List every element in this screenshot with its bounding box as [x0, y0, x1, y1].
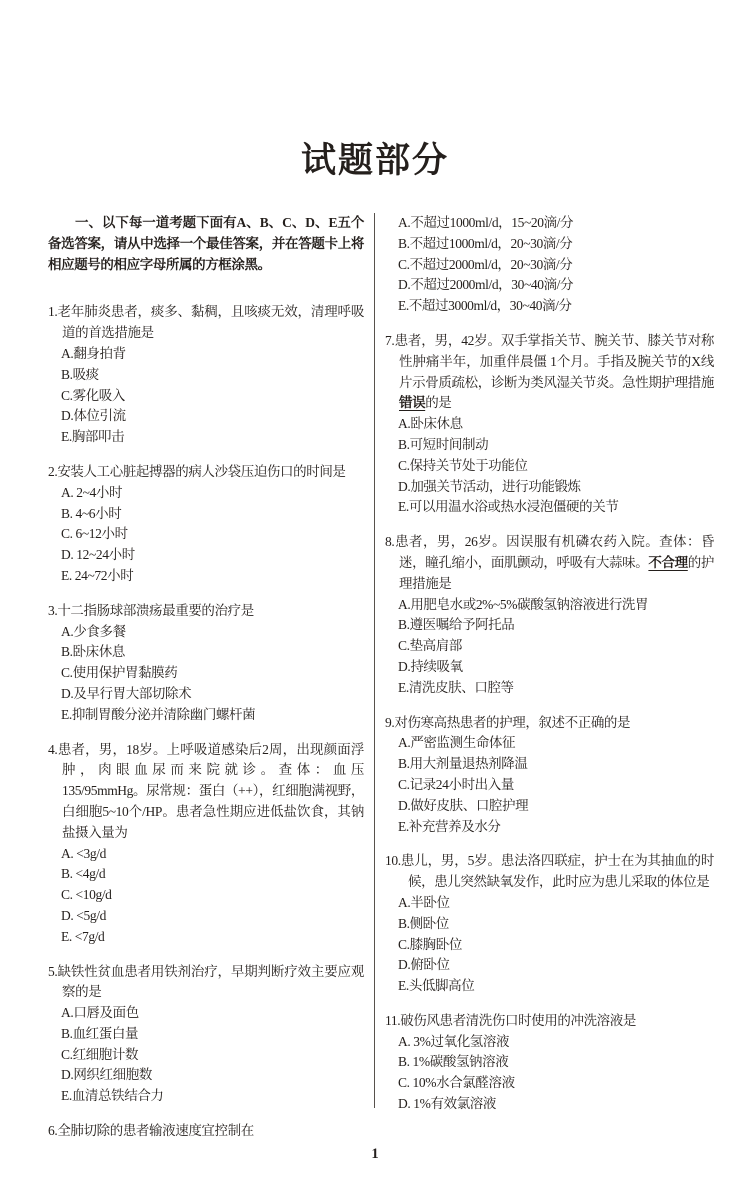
answer-option: E.清洗皮肤、口腔等 — [385, 678, 714, 699]
answer-option: E. 24~72小时 — [48, 566, 364, 587]
question-number: 1. — [48, 304, 57, 319]
question-stem: 9.对伤寒高热患者的护理，叙述不正确的是 — [385, 713, 714, 734]
answer-option: A. 2~4小时 — [48, 483, 364, 504]
answer-option: D. 12~24小时 — [48, 545, 364, 566]
answer-option: C.膝胸卧位 — [385, 935, 714, 956]
answer-option: B. 4~6小时 — [48, 504, 364, 525]
question-number: 10. — [385, 853, 401, 868]
answer-option: E.抑制胃酸分泌并清除幽门螺杆菌 — [48, 705, 364, 726]
answer-option: E.胸部叩击 — [48, 427, 364, 448]
question-3: 3.十二指肠球部溃疡最重要的治疗是A.少食多餐B.卧床休息C.使用保护胃黏膜药D… — [48, 601, 364, 726]
answer-option: A.翻身拍背 — [48, 344, 364, 365]
answer-option: D. <5g/d — [48, 906, 364, 927]
answer-option: C.垫高肩部 — [385, 636, 714, 657]
answer-option: B.遵医嘱给予阿托品 — [385, 615, 714, 636]
column-divider-rule — [374, 213, 375, 1108]
question-11: 11.破伤风患者清洗伤口时使用的冲洗溶液是A. 3%过氧化氢溶液B. 1%碳酸氢… — [385, 1011, 714, 1115]
answer-option: E.头低脚高位 — [385, 976, 714, 997]
stem-text: 对伤寒高热患者的护理，叙述不正确的是 — [394, 715, 630, 730]
question-stem: 10.患儿，男，5岁。患法洛四联症，护士在为其抽血的时候，患儿突然缺氧发作，此时… — [385, 851, 714, 893]
answer-option: C.红细胞计数 — [48, 1045, 364, 1066]
answer-option: B. <4g/d — [48, 864, 364, 885]
emphasized-stem-text: 不合理 — [648, 555, 687, 570]
answer-option: B. 1%碳酸氢钠溶液 — [385, 1052, 714, 1073]
stem-text: 破伤风患者清洗伤口时使用的冲洗溶液是 — [400, 1013, 636, 1028]
answer-option: C.雾化吸入 — [48, 386, 364, 407]
answer-option: A.严密监测生命体征 — [385, 733, 714, 754]
answer-option: B.卧床休息 — [48, 642, 364, 663]
answer-option: B.可短时间制动 — [385, 435, 714, 456]
emphasized-stem-text: 错误 — [399, 395, 425, 410]
question-stem: 4.患者，男，18岁。上呼吸道感染后2周，出现颜面浮肿，肉眼血尿而来院就诊。查体… — [48, 740, 364, 844]
question-number: 6. — [48, 1123, 57, 1138]
answer-option: A.不超过1000ml/d，15~20滴/分 — [385, 213, 714, 234]
question-stem: 1.老年肺炎患者，痰多、黏稠，且咳痰无效，清理呼吸道的首选措施是 — [48, 302, 364, 344]
question-stem: 8.患者，男，26岁。因误服有机磷农药入院。查体：昏迷，瞳孔缩小，面肌颤动，呼吸… — [385, 532, 714, 594]
question-stem: 11.破伤风患者清洗伤口时使用的冲洗溶液是 — [385, 1011, 714, 1032]
answer-option: D.体位引流 — [48, 406, 364, 427]
two-column-layout: 一、以下每一道考题下面有A、B、C、D、E五个备选答案，请从中选择一个最佳答案，… — [0, 213, 750, 1142]
answer-option: A.用肥皂水或2%~5%碳酸氢钠溶液进行洗胃 — [385, 595, 714, 616]
question-4: 4.患者，男，18岁。上呼吸道感染后2周，出现颜面浮肿，肉眼血尿而来院就诊。查体… — [48, 740, 364, 948]
question-number: 11. — [385, 1013, 400, 1028]
answer-option: A.卧床休息 — [385, 414, 714, 435]
answer-option: C.使用保护胃黏膜药 — [48, 663, 364, 684]
answer-option: C.保持关节处于功能位 — [385, 456, 714, 477]
question-stem: 6.全肺切除的患者输液速度宜控制在 — [48, 1121, 364, 1142]
answer-option: C. 10%水合氯醛溶液 — [385, 1073, 714, 1094]
question-1: 1.老年肺炎患者，痰多、黏稠，且咳痰无效，清理呼吸道的首选措施是A.翻身拍背B.… — [48, 302, 364, 448]
question-number: 2. — [48, 464, 57, 479]
stem-text: 患者，男，42岁。双手掌指关节、腕关节、膝关节对称性肿痛半年，加重伴晨僵 1个月… — [394, 333, 714, 390]
answer-option: D.持续吸氧 — [385, 657, 714, 678]
answer-option: D.不超过2000ml/d，30~40滴/分 — [385, 275, 714, 296]
stem-text: 全肺切除的患者输液速度宜控制在 — [57, 1123, 254, 1138]
question-stem: 3.十二指肠球部溃疡最重要的治疗是 — [48, 601, 364, 622]
answer-option: B.侧卧位 — [385, 914, 714, 935]
stem-text: 患儿，男，5岁。患法洛四联症，护士在为其抽血的时候，患儿突然缺氧发作，此时应为患… — [401, 853, 714, 889]
question-stem: 5.缺铁性贫血患者用铁剂治疗，早期判断疗效主要应观察的是 — [48, 962, 364, 1004]
answer-option: E.不超过3000ml/d，30~40滴/分 — [385, 296, 714, 317]
page-title: 试题部分 — [0, 0, 750, 182]
stem-text: 老年肺炎患者，痰多、黏稠，且咳痰无效，清理呼吸道的首选措施是 — [57, 304, 364, 340]
question-number: 3. — [48, 603, 57, 618]
answer-option: D. 1%有效氯溶液 — [385, 1094, 714, 1115]
answer-option: C.不超过2000ml/d，20~30滴/分 — [385, 255, 714, 276]
answer-option: B.吸痰 — [48, 365, 364, 386]
question-9: 9.对伤寒高热患者的护理，叙述不正确的是A.严密监测生命体征B.用大剂量退热剂降… — [385, 713, 714, 838]
question-number: 8. — [385, 534, 394, 549]
exam-page: 试题部分 一、以下每一道考题下面有A、B、C、D、E五个备选答案，请从中选择一个… — [0, 0, 750, 1200]
right-column: A.不超过1000ml/d，15~20滴/分B.不超过1000ml/d，20~3… — [385, 213, 714, 1115]
answer-option: B.不超过1000ml/d，20~30滴/分 — [385, 234, 714, 255]
answer-option: D.加强关节活动，进行功能锻炼 — [385, 477, 714, 498]
question-7: 7.患者，男，42岁。双手掌指关节、腕关节、膝关节对称性肿痛半年，加重伴晨僵 1… — [385, 331, 714, 518]
answer-option: B.用大剂量退热剂降温 — [385, 754, 714, 775]
stem-text: 十二指肠球部溃疡最重要的治疗是 — [57, 603, 254, 618]
page-number: 1 — [0, 1146, 750, 1163]
stem-text: 缺铁性贫血患者用铁剂治疗，早期判断疗效主要应观察的是 — [57, 964, 364, 1000]
answer-option: C. <10g/d — [48, 885, 364, 906]
left-column: 一、以下每一道考题下面有A、B、C、D、E五个备选答案，请从中选择一个最佳答案，… — [48, 213, 364, 1142]
section-instructions: 一、以下每一道考题下面有A、B、C、D、E五个备选答案，请从中选择一个最佳答案，… — [48, 213, 364, 275]
stem-text: 患者，男，18岁。上呼吸道感染后2周，出现颜面浮肿，肉眼血尿而来院就诊。查体：血… — [57, 742, 364, 840]
question-number: 5. — [48, 964, 57, 979]
question-stem: 2.安装人工心脏起搏器的病人沙袋压迫伤口的时间是 — [48, 462, 364, 483]
answer-option: E.可以用温水浴或热水浸泡僵硬的关节 — [385, 497, 714, 518]
answer-option: C.记录24小时出入量 — [385, 775, 714, 796]
question-10: 10.患儿，男，5岁。患法洛四联症，护士在为其抽血的时候，患儿突然缺氧发作，此时… — [385, 851, 714, 997]
answer-option: A. 3%过氧化氢溶液 — [385, 1032, 714, 1053]
answer-option: A.口唇及面色 — [48, 1003, 364, 1024]
answer-option: D.及早行胃大部切除术 — [48, 684, 364, 705]
answer-option: A.半卧位 — [385, 893, 714, 914]
answer-option: D.俯卧位 — [385, 955, 714, 976]
stem-text: 安装人工心脏起搏器的病人沙袋压迫伤口的时间是 — [57, 464, 345, 479]
answer-option: E. <7g/d — [48, 927, 364, 948]
question-number: 4. — [48, 742, 57, 757]
answer-option: E.补充营养及水分 — [385, 817, 714, 838]
answer-option: D.网织红细胞数 — [48, 1065, 364, 1086]
answer-option: A. <3g/d — [48, 844, 364, 865]
answer-option: C. 6~12小时 — [48, 524, 364, 545]
question-2: 2.安装人工心脏起搏器的病人沙袋压迫伤口的时间是A. 2~4小时B. 4~6小时… — [48, 462, 364, 587]
question-6-options-continued: A.不超过1000ml/d，15~20滴/分B.不超过1000ml/d，20~3… — [385, 213, 714, 317]
question-8: 8.患者，男，26岁。因误服有机磷农药入院。查体：昏迷，瞳孔缩小，面肌颤动，呼吸… — [385, 532, 714, 698]
answer-option: A.少食多餐 — [48, 622, 364, 643]
stem-text: 的是 — [425, 395, 451, 410]
answer-option: D.做好皮肤、口腔护理 — [385, 796, 714, 817]
question-stem: 7.患者，男，42岁。双手掌指关节、腕关节、膝关节对称性肿痛半年，加重伴晨僵 1… — [385, 331, 714, 414]
question-6: 6.全肺切除的患者输液速度宜控制在 — [48, 1121, 364, 1142]
question-number: 7. — [385, 333, 394, 348]
answer-option: B.血红蛋白量 — [48, 1024, 364, 1045]
question-number: 9. — [385, 715, 394, 730]
question-5: 5.缺铁性贫血患者用铁剂治疗，早期判断疗效主要应观察的是A.口唇及面色B.血红蛋… — [48, 962, 364, 1108]
answer-option: E.血清总铁结合力 — [48, 1086, 364, 1107]
